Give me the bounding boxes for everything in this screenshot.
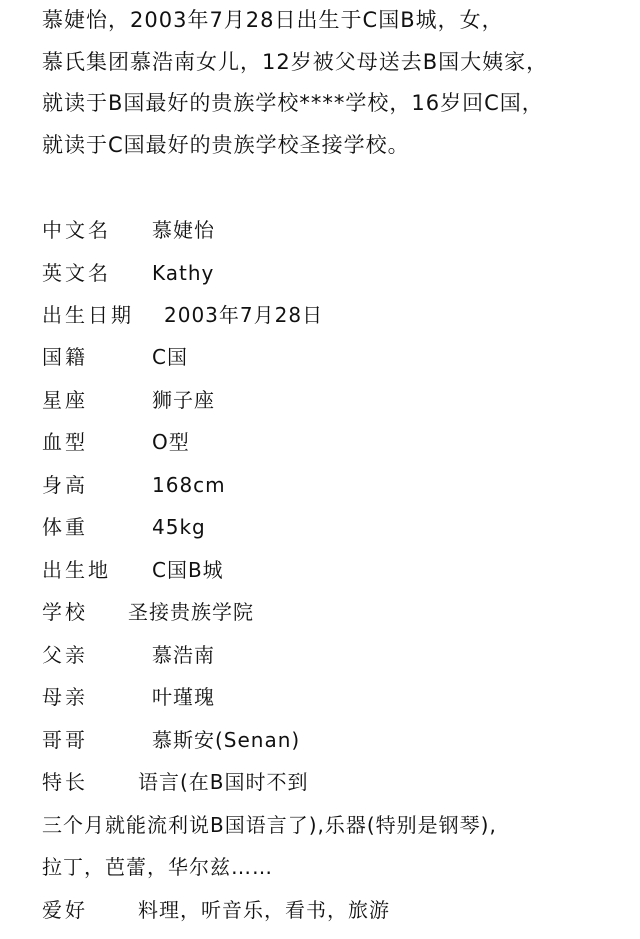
field-english-name: 英文名 Kathy xyxy=(42,256,111,290)
field-label: 父亲 xyxy=(42,638,88,672)
field-blood-type: 血型 O型 xyxy=(42,425,88,459)
field-nationality: 国籍 C国 xyxy=(42,340,88,374)
field-label: 爱好 xyxy=(42,893,88,927)
field-label: 学校 xyxy=(42,595,88,629)
field-value: 慕婕怡 xyxy=(152,213,215,247)
intro-line: 就读于C国最好的贵族学校圣接学校。 xyxy=(42,128,410,162)
field-value: 45kg xyxy=(152,510,206,544)
field-label: 血型 xyxy=(42,425,88,459)
field-label: 英文名 xyxy=(42,256,111,290)
field-father: 父亲 慕浩南 xyxy=(42,638,88,672)
field-value: 料理，听音乐，看书，旅游 xyxy=(138,893,390,927)
field-label: 出生地 xyxy=(42,553,111,587)
field-value: C国B城 xyxy=(152,553,224,587)
field-hobbies: 爱好 料理，听音乐，看书，旅游 xyxy=(42,893,88,927)
field-zodiac: 星座 狮子座 xyxy=(42,383,88,417)
field-label: 母亲 xyxy=(42,680,88,714)
field-label: 身高 xyxy=(42,468,88,502)
field-label: 特长 xyxy=(42,765,88,799)
specialty-continuation-line: 三个月就能流利说B国语言了),乐器(特别是钢琴), xyxy=(42,808,497,842)
field-label: 星座 xyxy=(42,383,88,417)
field-label: 中文名 xyxy=(42,213,111,247)
specialty-continuation-line: 拉丁，芭蕾，华尔兹…… xyxy=(42,850,273,884)
field-value: O型 xyxy=(152,425,190,459)
field-value: 语言(在B国时不到 xyxy=(138,765,309,799)
field-label: 体重 xyxy=(42,510,88,544)
field-value: 圣接贵族学院 xyxy=(128,595,254,629)
field-specialty: 特长 语言(在B国时不到 xyxy=(42,765,88,799)
field-label: 哥哥 xyxy=(42,723,88,757)
field-school: 学校 圣接贵族学院 xyxy=(42,595,88,629)
field-value: Kathy xyxy=(152,256,214,290)
intro-line: 慕氏集团慕浩南女儿，12岁被父母送去B国大姨家， xyxy=(42,45,548,79)
field-value: 狮子座 xyxy=(152,383,215,417)
intro-line: 就读于B国最好的贵族学校****学校，16岁回C国， xyxy=(42,86,544,120)
field-value: 2003年7月28日 xyxy=(164,298,323,332)
field-brother: 哥哥 慕斯安(Senan) xyxy=(42,723,88,757)
field-value: C国 xyxy=(152,340,188,374)
field-value: 慕斯安(Senan) xyxy=(152,723,300,757)
field-value: 168cm xyxy=(152,468,226,502)
field-label: 出生日期 xyxy=(42,298,134,332)
field-birth-date: 出生日期 2003年7月28日 xyxy=(42,298,134,332)
field-value: 叶瑾瑰 xyxy=(152,680,215,714)
field-height: 身高 168cm xyxy=(42,468,88,502)
field-label: 国籍 xyxy=(42,340,88,374)
field-chinese-name: 中文名 慕婕怡 xyxy=(42,213,111,247)
field-birthplace: 出生地 C国B城 xyxy=(42,553,111,587)
field-mother: 母亲 叶瑾瑰 xyxy=(42,680,88,714)
field-value: 慕浩南 xyxy=(152,638,215,672)
intro-line: 慕婕怡，2003年7月28日出生于C国B城，女， xyxy=(42,3,504,37)
field-weight: 体重 45kg xyxy=(42,510,88,544)
